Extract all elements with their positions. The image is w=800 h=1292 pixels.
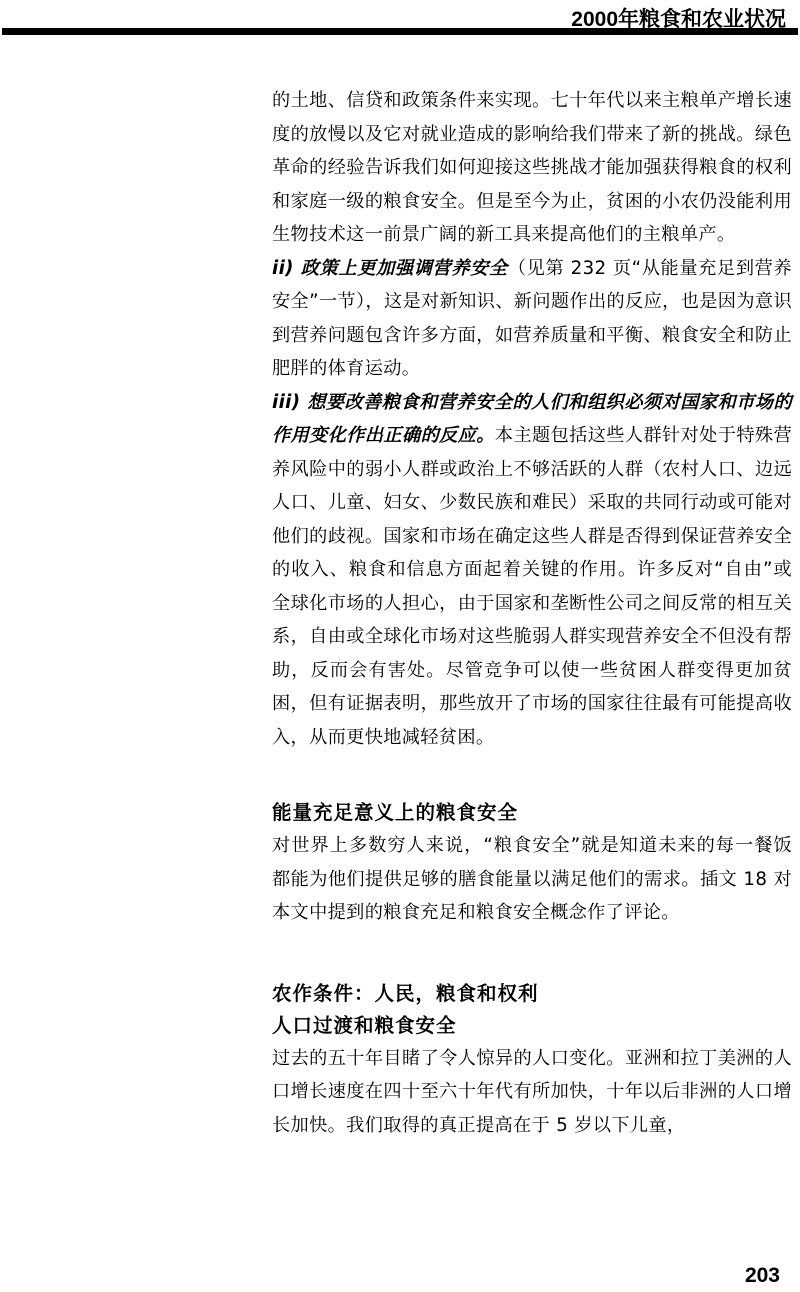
paragraph-demographic-transition: 过去的五十年目睹了令人惊异的人口变化。亚洲和拉丁美洲的人口增长速度在四十至六十年… xyxy=(272,1042,792,1143)
spacer xyxy=(272,930,792,978)
point-ii-lead: ii) 政策上更加强调营养安全 xyxy=(272,258,508,279)
spacer xyxy=(272,754,792,797)
paragraph-state-and-market: iii) 想要改善粮食和营养安全的人们和组织必须对国家和市场的作用变化作出正确的… xyxy=(272,386,792,755)
paragraph-energy-food-security: 对世界上多数穷人来说，“粮食安全”就是知道未来的每一餐饭都能为他们提供足够的膳食… xyxy=(272,829,792,930)
subsection-heading-demographic-transition: 人口过渡和粮食安全 xyxy=(272,1010,792,1042)
paragraph-nutrition-security: ii) 政策上更加强调营养安全（见第 232 页“从能量充足到营养安全”一节），… xyxy=(272,252,792,386)
paragraph-green-revolution: 的土地、信贷和政策条件来实现。七十年代以来主粮单产增长速度的放慢以及它对就业造成… xyxy=(272,84,792,252)
text-column: 的土地、信贷和政策条件来实现。七十年代以来主粮单产增长速度的放慢以及它对就业造成… xyxy=(272,84,792,1142)
header-rule xyxy=(2,28,798,35)
section-heading-energy-food-security: 能量充足意义上的粮食安全 xyxy=(272,797,792,829)
section-heading-farming-conditions: 农作条件：人民，粮食和权利 xyxy=(272,978,792,1010)
page-number: 203 xyxy=(745,1264,780,1288)
point-iii-text: 本主题包括这些人群针对处于特殊营养风险中的弱小人群或政治上不够活跃的人群（农村人… xyxy=(272,425,792,748)
